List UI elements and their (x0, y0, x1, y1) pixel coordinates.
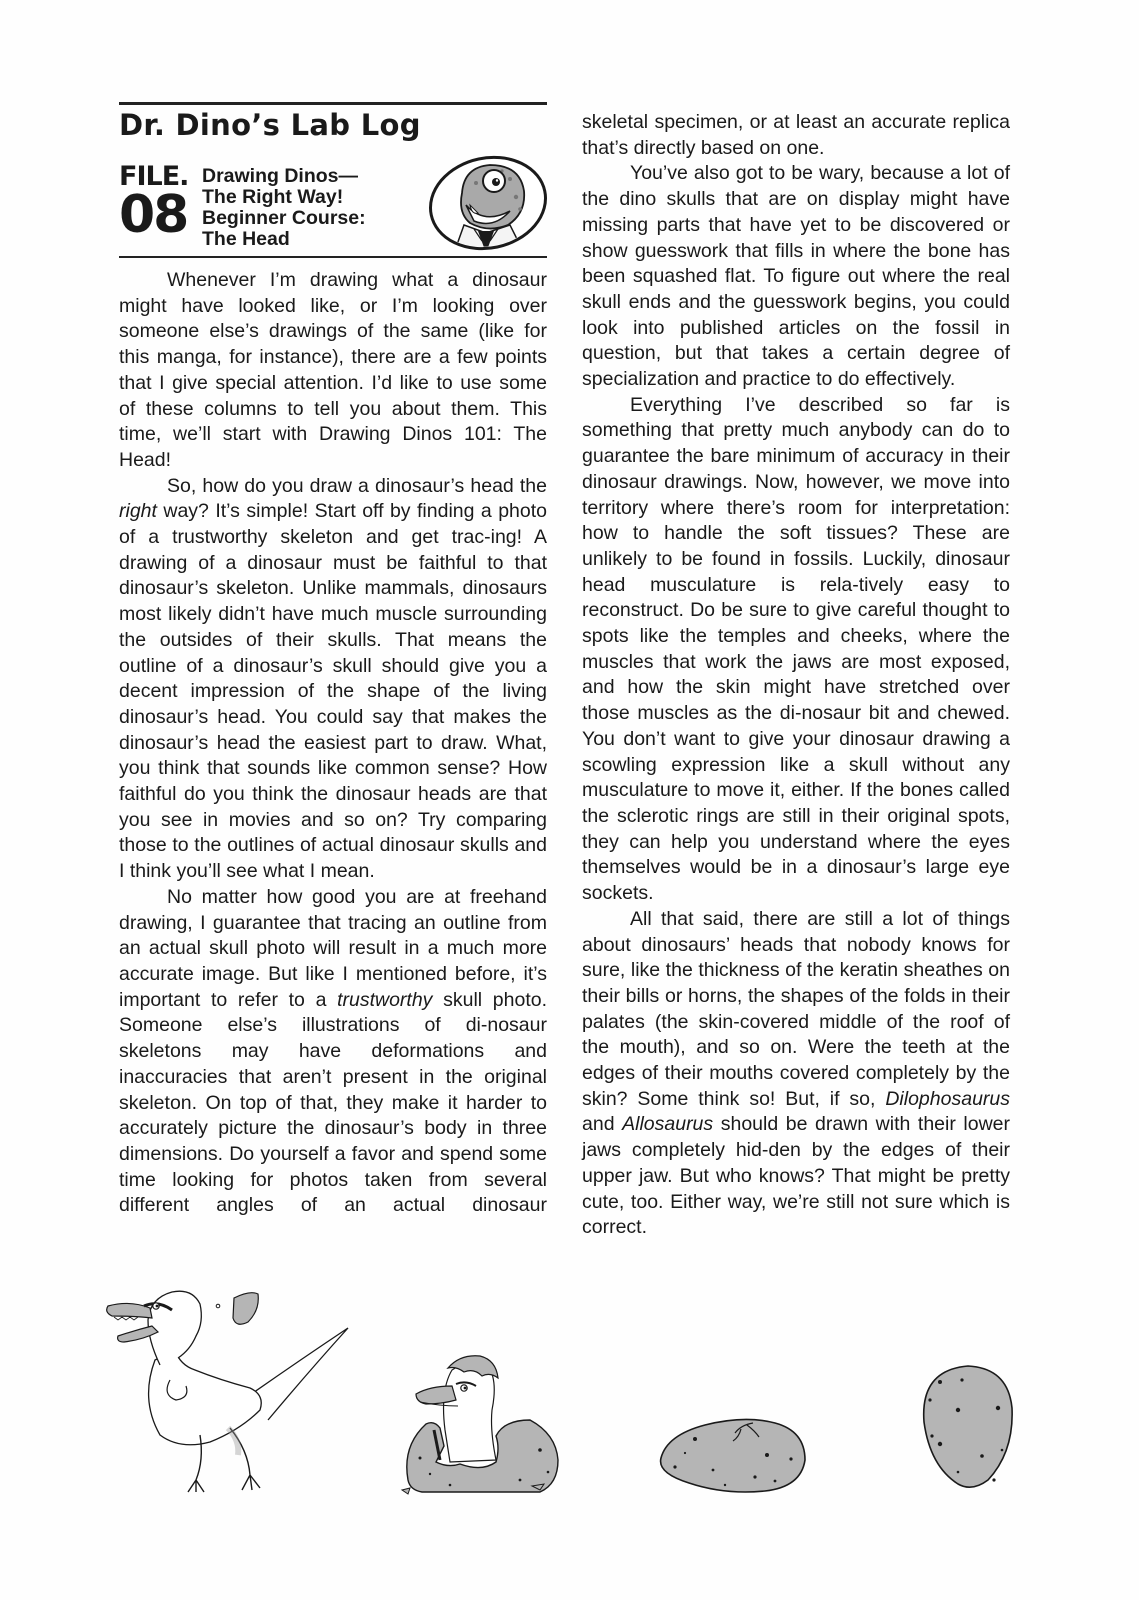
emphasis: trustworthy (337, 989, 432, 1011)
subtitle-line: Drawing Dinos— (202, 166, 366, 187)
young-dinosaur-illustration-icon (100, 1270, 350, 1495)
subtitle-line: The Right Way! (202, 187, 366, 208)
file-number: 08 (119, 189, 199, 241)
upright-egg-illustration-icon (918, 1362, 1018, 1492)
subtitle-line: Beginner Course: (202, 208, 366, 229)
hatchling-in-egg-illustration-icon (400, 1350, 570, 1495)
header-bottom-rule (119, 256, 547, 258)
emphasis: Allosaurus (622, 1113, 713, 1135)
subtitle-line: The Head (202, 229, 366, 250)
emphasis: Dilophosaurus (885, 1088, 1010, 1110)
paragraph: You’ve also got to be wary, because a lo… (582, 161, 1010, 392)
cracked-egg-illustration-icon (655, 1415, 820, 1495)
article-subtitle: Drawing Dinos— The Right Way! Beginner C… (202, 166, 366, 250)
paragraph: So, how do you draw a dinosaur’s head th… (119, 474, 547, 885)
dino-scientist-mascot-icon (424, 153, 548, 253)
header-top-rule (119, 102, 547, 105)
left-column-text: Whenever I’m drawing what a dinosaur mig… (119, 268, 547, 1219)
page-title: Dr. Dino’s Lab Log (119, 108, 421, 142)
file-badge: FILE. 08 (119, 163, 199, 241)
emphasis: right (119, 500, 157, 522)
paragraph: Whenever I’m drawing what a dinosaur mig… (119, 268, 547, 474)
right-column-text: skeletal specimen, or at least an accura… (582, 110, 1010, 1241)
paragraph: No matter how good you are at freehand d… (119, 885, 547, 1219)
paragraph-continuation: skeletal specimen, or at least an accura… (582, 110, 1010, 161)
paragraph: Everything I’ve described so far is some… (582, 393, 1010, 907)
paragraph: All that said, there are still a lot of … (582, 907, 1010, 1241)
page: Dr. Dino’s Lab Log FILE. 08 Drawing Dino… (0, 0, 1139, 1600)
